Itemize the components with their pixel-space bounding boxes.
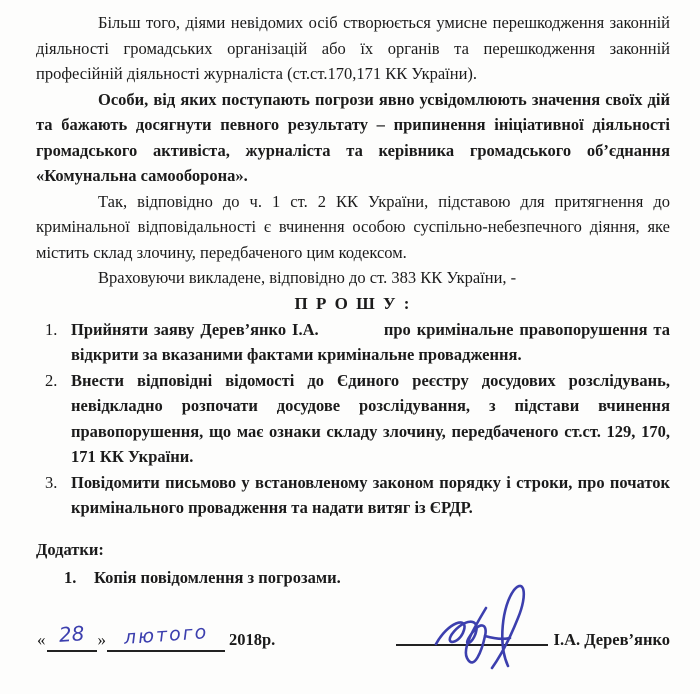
- year-label: 2018р.: [229, 627, 275, 653]
- request-text: Внести відповідні відомості до Єдиного р…: [71, 368, 670, 470]
- signature-scrawl-icon: [430, 580, 550, 680]
- paragraph-obstruction: Більш того, діями невідомих осіб створює…: [36, 10, 670, 87]
- request-list: 1. Прийняти заяву Дерев’янко І.А. про кр…: [36, 317, 670, 521]
- handwritten-month: лютого: [123, 622, 209, 648]
- paragraph-legal-basis: Так, відповідно до ч. 1 ст. 2 КК України…: [36, 189, 670, 266]
- signature-block: І.А. Дерев’янко: [396, 627, 670, 653]
- request-text: Прийняти заяву Дерев’янко І.А. про кримі…: [71, 317, 670, 368]
- handwritten-day: 28: [58, 623, 85, 645]
- attachment-item-1: 1. Копія повідомлення з погрозами.: [36, 565, 670, 591]
- attachments-title: Додатки:: [36, 537, 670, 563]
- request-item-2: 2. Внести відповідні відомості до Єдиног…: [36, 368, 670, 470]
- request-number: 2.: [36, 368, 71, 470]
- request-item-3: 3. Повідомити письмово у встановленому з…: [36, 470, 670, 521]
- day-blank-line: 28: [47, 625, 97, 653]
- open-guillemet: «: [36, 627, 47, 653]
- attachments-section: Додатки: 1. Копія повідомлення з погроза…: [36, 537, 670, 591]
- scanned-legal-document: Більш того, діями невідомих осіб створює…: [0, 0, 700, 694]
- request-text: Повідомити письмово у встановленому зако…: [71, 470, 670, 521]
- signatory-name: І.А. Дерев’янко: [554, 627, 670, 653]
- request-item-1: 1. Прийняти заяву Дерев’янко І.А. про кр…: [36, 317, 670, 368]
- date-and-signature-row: « 28 » лютого 2018р. І.А. Дерев’янко: [36, 625, 670, 679]
- month-blank-line: лютого: [107, 625, 225, 653]
- paragraph-perpetrators-intent: Особи, від яких поступають погрози явно …: [36, 87, 670, 189]
- attachment-text: Копія повідомлення з погрозами.: [94, 565, 341, 591]
- attachment-number: 1.: [64, 565, 94, 591]
- date-block: « 28 » лютого 2018р.: [36, 625, 275, 653]
- signature-line: [396, 644, 548, 646]
- request-heading: П Р О Ш У :: [36, 291, 670, 317]
- request-number: 3.: [36, 470, 71, 521]
- paragraph-considering: Враховуючи викладене, відповідно до ст. …: [36, 265, 670, 291]
- request-number: 1.: [36, 317, 71, 368]
- close-guillemet: »: [97, 627, 108, 653]
